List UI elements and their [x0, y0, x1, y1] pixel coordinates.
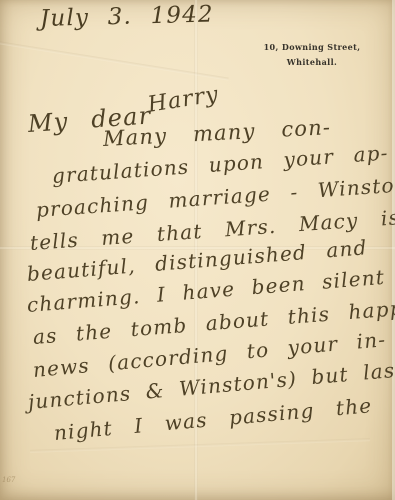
letter-page: July 3. 1942 10, Downing Street, Whiteha…	[0, 0, 395, 500]
letter-date: July 3. 1942	[40, 1, 215, 32]
letterhead-city: Whitehall.	[262, 55, 362, 70]
fold-crease-diagonal-top	[0, 38, 229, 80]
archive-number: 167	[2, 476, 15, 484]
letterhead: 10, Downing Street, Whitehall.	[262, 40, 362, 70]
letterhead-address: 10, Downing Street,	[262, 40, 362, 55]
recipient-name: Harry	[146, 82, 221, 118]
